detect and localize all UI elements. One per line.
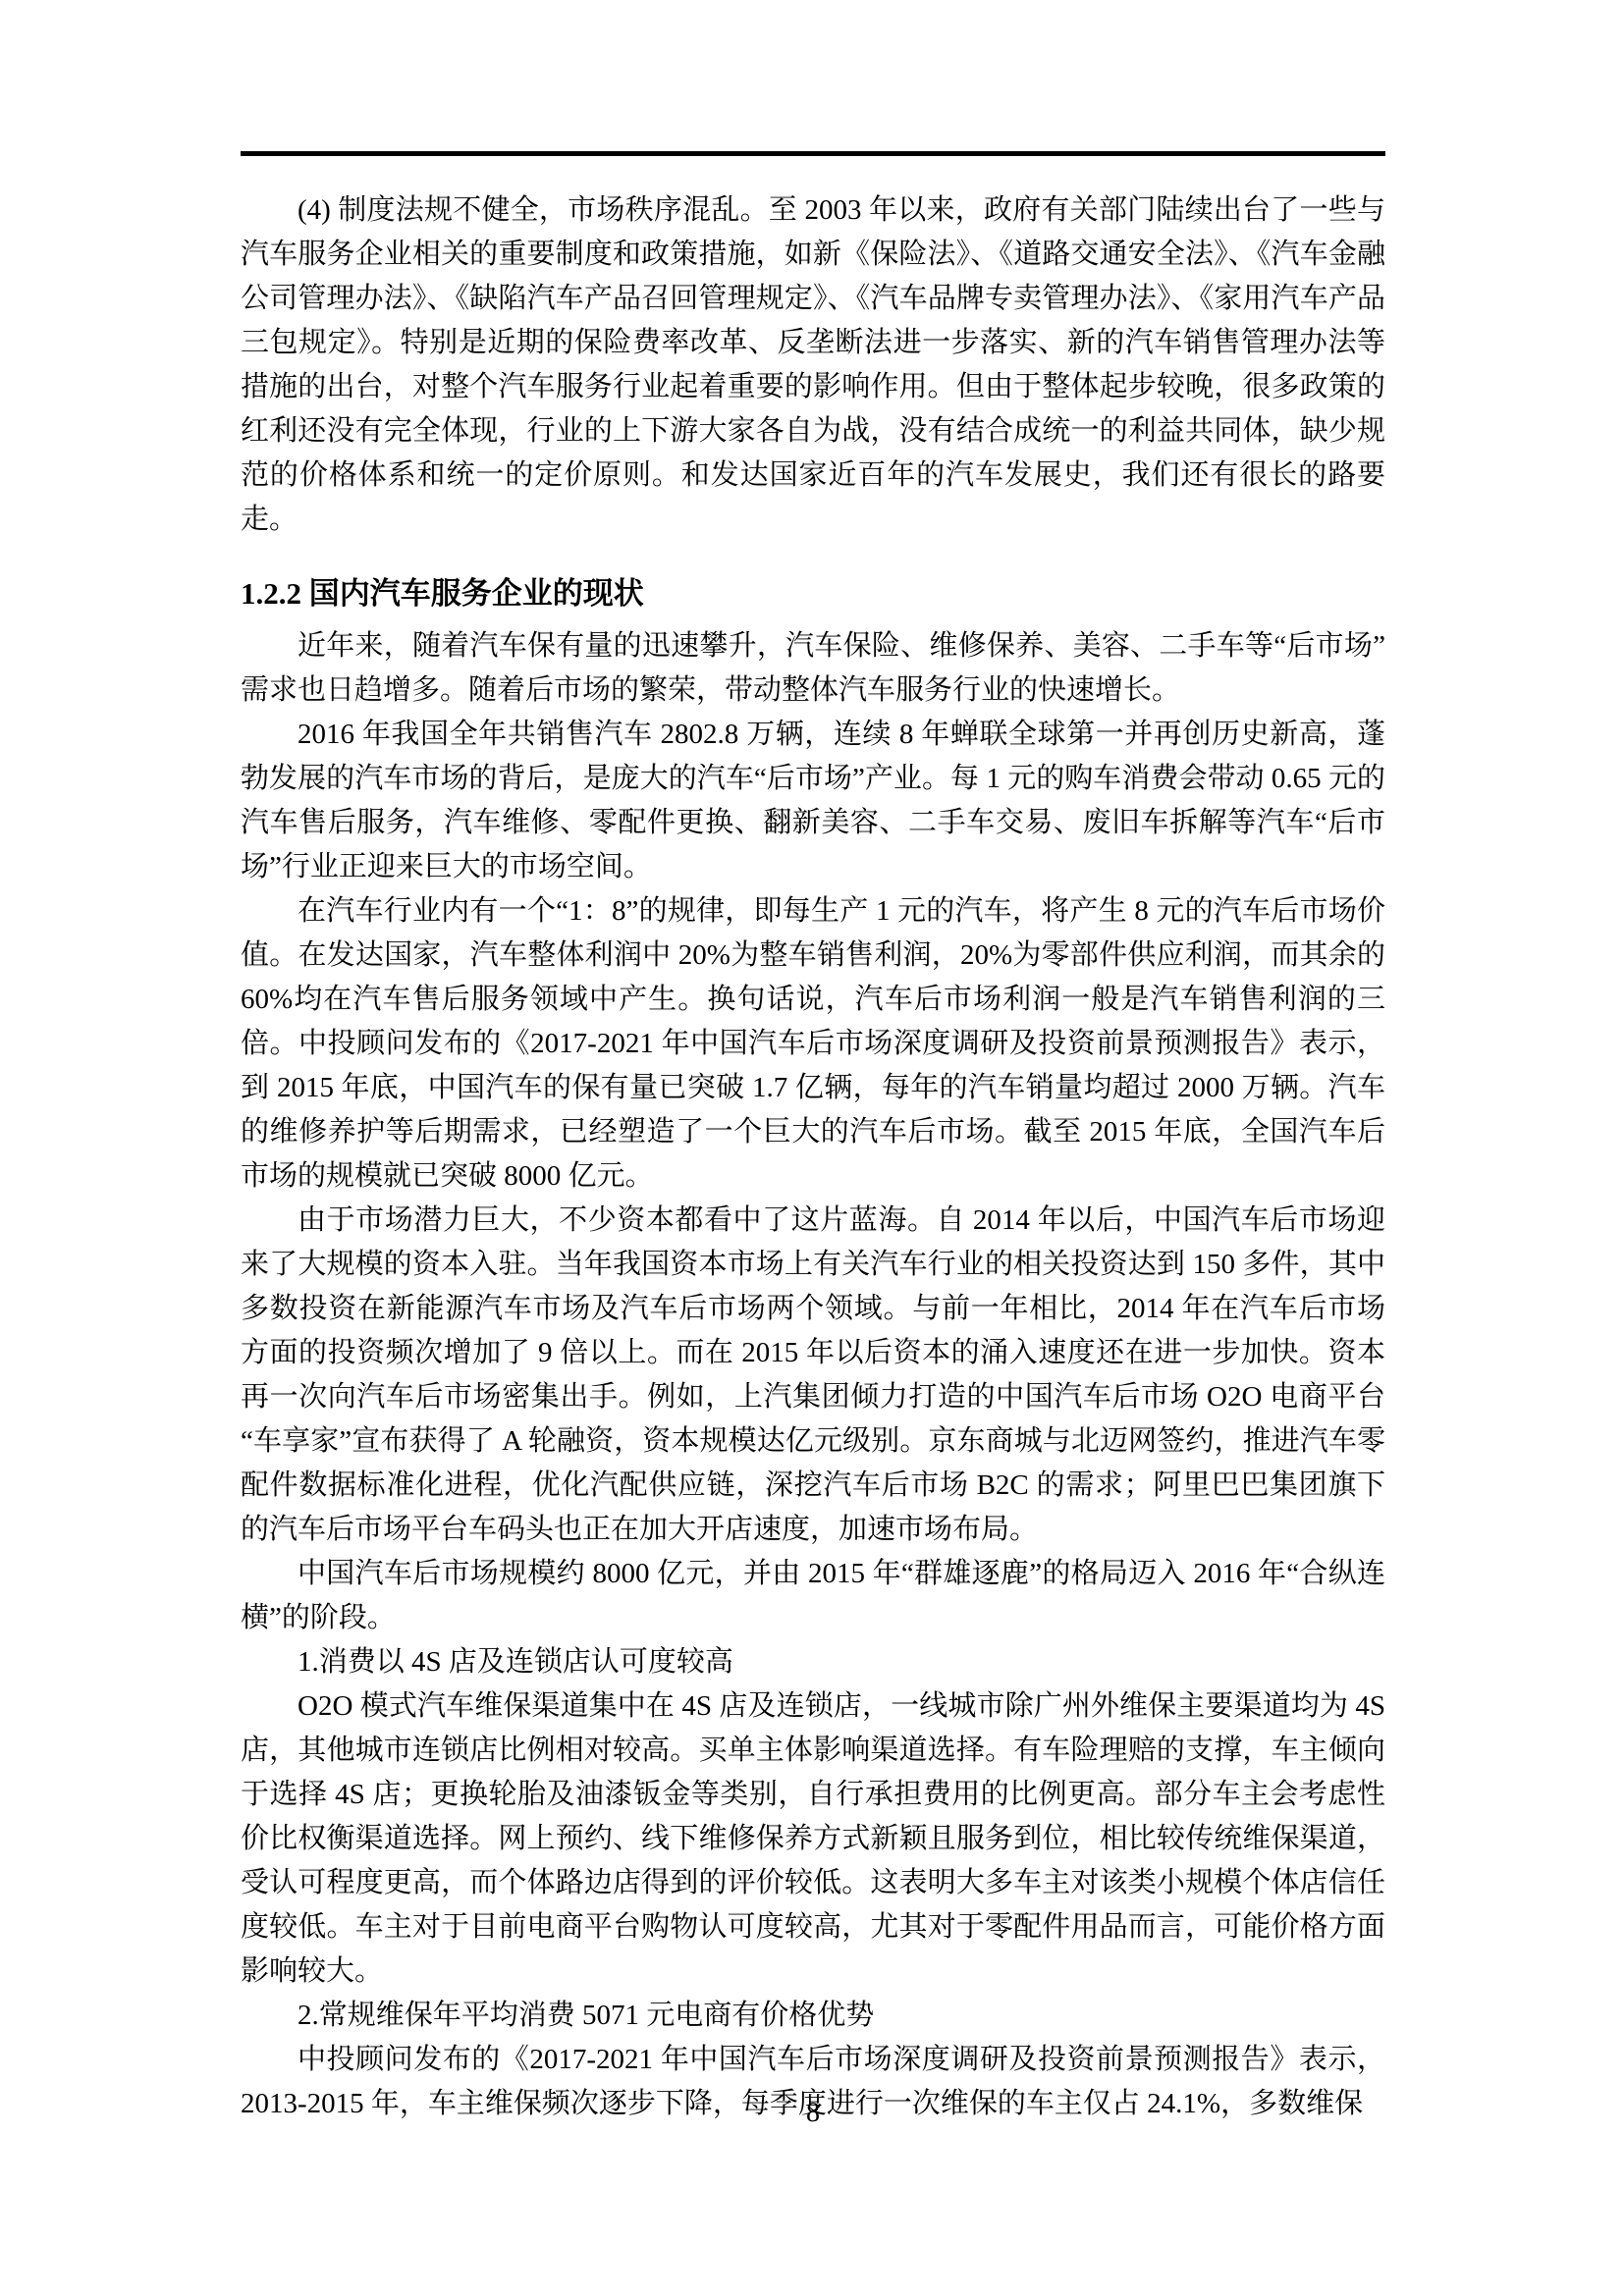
paragraph-regulations: (4) 制度法规不健全，市场秩序混乱。至 2003 年以来，政府有关部门陆续出台…: [241, 188, 1385, 542]
header-rule: [241, 151, 1385, 156]
paragraph-o2o-channels: O2O 模式汽车维保渠道集中在 4S 店及连锁店，一线城市除广州外维保主要渠道均…: [241, 1684, 1385, 1994]
paragraph-capital-influx: 由于市场潜力巨大，不少资本都看中了这片蓝海。自 2014 年以后，中国汽车后市场…: [241, 1199, 1385, 1552]
paragraph-market-scale: 中国汽车后市场规模约 8000 亿元，并由 2015 年“群雄逐鹿”的格局迈入 …: [241, 1552, 1385, 1640]
paragraph-aftermarket-demand: 近年来，随着汽车保有量的迅速攀升，汽车保险、维修保养、美容、二手车等“后市场”需…: [241, 624, 1385, 713]
page-content: (4) 制度法规不健全，市场秩序混乱。至 2003 年以来，政府有关部门陆续出台…: [241, 188, 1385, 2126]
subheading-annual-consumption: 2.常规维保年平均消费 5071 元电商有价格优势: [241, 1994, 1385, 2038]
paragraph-1-8-rule: 在汽车行业内有一个“1：8”的规律，即每生产 1 元的汽车，将产生 8 元的汽车…: [241, 889, 1385, 1199]
page-number: 8: [241, 2091, 1385, 2135]
paragraph-2016-sales: 2016 年我国全年共销售汽车 2802.8 万辆，连续 8 年蝉联全球第一并再…: [241, 713, 1385, 889]
document-page: (4) 制度法规不健全，市场秩序混乱。至 2003 年以来，政府有关部门陆续出台…: [0, 0, 1624, 2296]
subheading-4s-stores: 1.消费以 4S 店及连锁店认可度较高: [241, 1640, 1385, 1684]
section-heading-1-2-2: 1.2.2 国内汽车服务企业的现状: [241, 569, 1385, 618]
